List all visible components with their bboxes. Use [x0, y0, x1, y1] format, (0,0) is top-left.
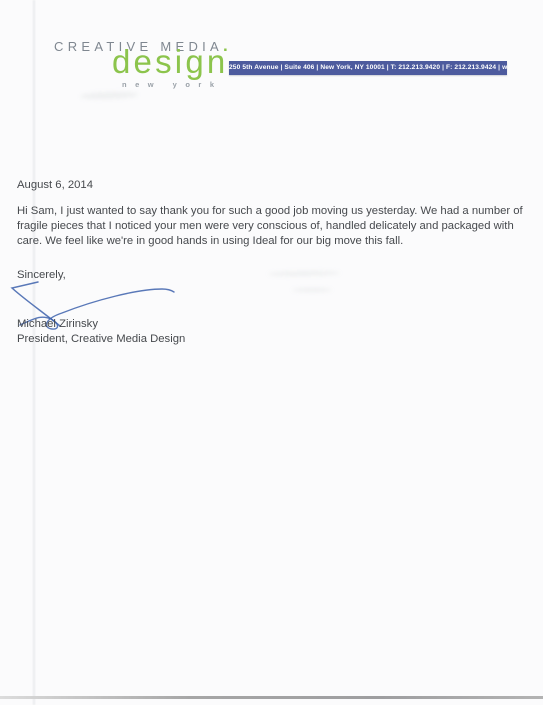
signatory-name: Michael Zirinsky	[17, 318, 98, 330]
scanned-letter-page: CREATIVE MEDIA. design new york 250 5th …	[0, 0, 543, 705]
scan-smudge-artifact	[80, 91, 138, 100]
letter-body-line: Hi Sam, I just wanted to say thank you f…	[17, 204, 523, 219]
letter-body-line: care. We feel like we're in good hands i…	[17, 234, 523, 249]
letter-date: August 6, 2014	[17, 179, 93, 191]
scan-smudge-artifact	[268, 270, 340, 276]
letterhead-brand-main: design	[112, 43, 228, 81]
letterhead-contact-bar: 250 5th Avenue | Suite 406 | New York, N…	[229, 61, 507, 75]
signatory-title: President, Creative Media Design	[17, 333, 185, 345]
scan-fold-line-artifact	[33, 0, 35, 705]
letterhead-brand-sub: new york	[122, 80, 223, 89]
scanner-edge-line	[0, 696, 543, 699]
letter-body: Hi Sam, I just wanted to say thank you f…	[17, 204, 523, 249]
letter-body-line: fragile pieces that I noticed your men w…	[17, 219, 523, 234]
scan-smudge-artifact	[292, 288, 332, 292]
